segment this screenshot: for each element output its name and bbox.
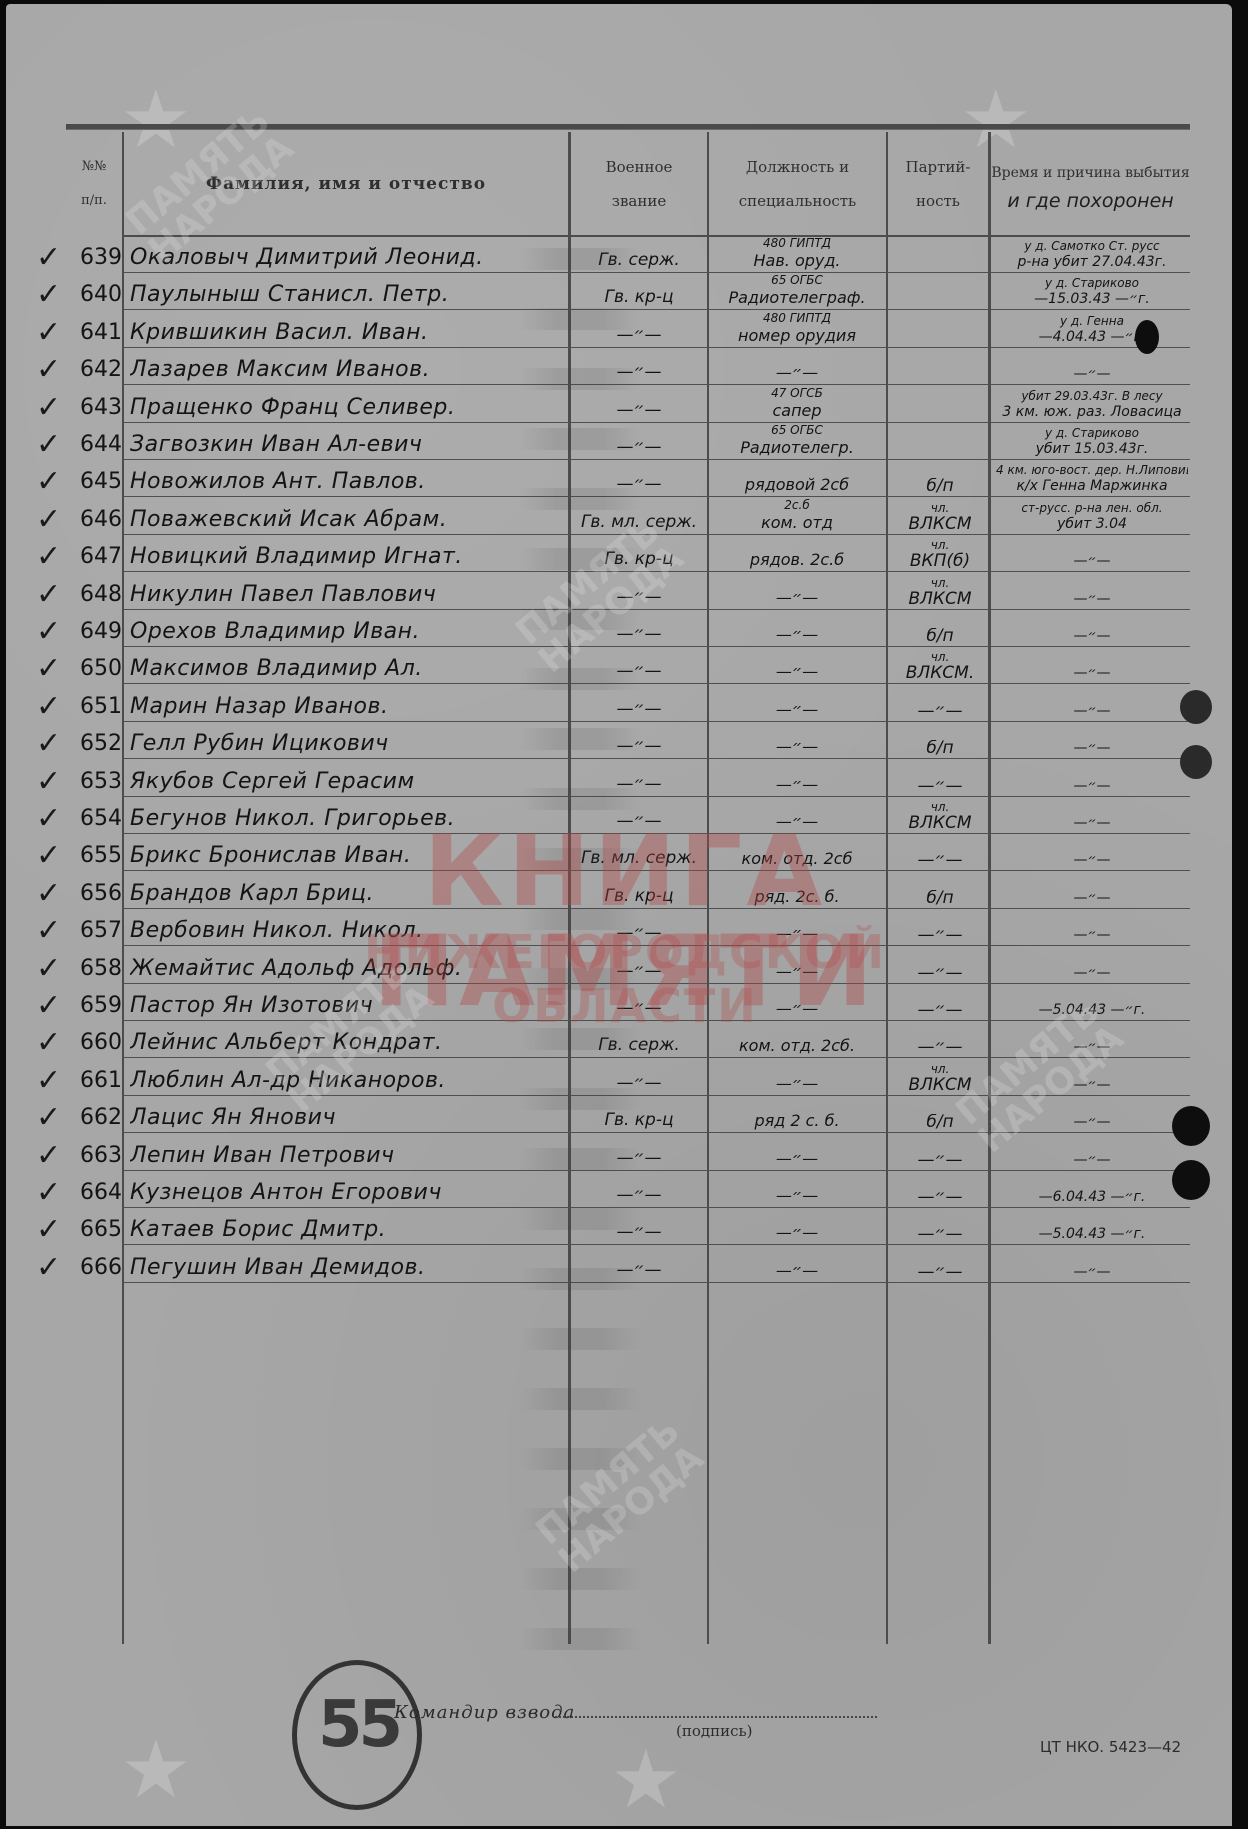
position-value: ком. отд. 2сб.	[739, 1037, 855, 1055]
page-number: 55	[318, 1688, 399, 1762]
party-membership: —״—	[892, 1039, 988, 1055]
table-row: ✓664Кузнецов Антон Егорович—״——״——״——״— …	[66, 1171, 1190, 1208]
check-mark-icon: ✓	[36, 390, 62, 425]
position: 2с.бком. отд	[712, 496, 882, 532]
table-row: ✓641Крившикин Васил. Иван.—״—480 ГИПТДно…	[66, 311, 1190, 348]
row-number: 666	[66, 1255, 122, 1280]
table-row: ✓643Пращенко Франц Селивер.—״—47 ОГСБсап…	[66, 386, 1190, 423]
position-value: —״—	[776, 364, 818, 382]
party-membership-value: —״—	[918, 778, 963, 794]
soldier-name: Поважевский Исак Абрам.	[130, 507, 566, 532]
party-membership-value: ВЛКСМ	[908, 1075, 971, 1093]
fate-record: —״—	[996, 1039, 1188, 1055]
party-membership-value: —״—	[918, 1152, 963, 1168]
position: —״—	[712, 1075, 882, 1093]
row-number: 640	[66, 282, 122, 307]
punch-hole	[1180, 690, 1212, 724]
party-membership: —״—	[892, 1226, 988, 1242]
signature-line	[555, 1716, 877, 1718]
row-number: 643	[66, 395, 122, 420]
soldier-name: Брандов Карл Бриц.	[130, 881, 566, 906]
check-mark-icon: ✓	[36, 352, 62, 387]
row-number: 641	[66, 320, 122, 345]
fate-record-value: —״— 5.04.43г.	[1039, 1226, 1146, 1242]
position: рядов. 2с.б	[712, 551, 882, 569]
party-membership-value: —״—	[918, 1226, 963, 1242]
soldier-name: Паулыныш Станисл. Петр.	[130, 282, 566, 307]
party-membership-value: —״—	[918, 1039, 963, 1055]
table-row: ✓665Катаев Борис Дмитр.—״——״——״——״— 5.04…	[66, 1208, 1190, 1245]
soldier-name: Марин Назар Иванов.	[130, 694, 566, 719]
military-rank: Гв. кр-ц	[574, 1110, 704, 1130]
fate-record: —״—	[996, 815, 1188, 831]
fate-record: —״—	[996, 965, 1188, 981]
party-membership: чл.ВЛКСМ	[892, 799, 988, 831]
check-mark-icon: ✓	[36, 913, 62, 948]
fate-record-value: —״—	[1073, 553, 1110, 569]
position-value: —״—	[776, 925, 818, 943]
fate-record: ст-русс. р-на лен. обл.убит 3.04	[996, 500, 1188, 532]
table-row: ✓660Лейнис Альберт Кондрат.Гв. серж.ком.…	[66, 1021, 1190, 1058]
check-mark-icon: ✓	[36, 1212, 62, 1247]
check-mark-icon: ✓	[36, 502, 62, 537]
military-rank: —״—	[574, 1148, 704, 1168]
signature-label: Командир взвода	[394, 1702, 575, 1723]
party-membership: чл.ВКП(б)	[892, 537, 988, 569]
military-rank: —״—	[574, 325, 704, 345]
military-rank: —״—	[574, 624, 704, 644]
position-value: —״—	[776, 663, 818, 681]
party-membership: чл.ВЛКСМ	[892, 575, 988, 607]
check-mark-icon: ✓	[36, 1175, 62, 1210]
soldier-name: Пастор Ян Изотович	[130, 993, 566, 1018]
fate-record: у д. Стариково—״— 15.03.43г.	[996, 275, 1188, 307]
fate-record-value: —״—	[1073, 815, 1110, 831]
fate-record-value: —״—	[1073, 591, 1110, 607]
party-membership: чл.ВЛКСМ	[892, 500, 988, 532]
position: ком. отд. 2сб	[712, 850, 882, 868]
position-value: рядовой 2сб	[745, 476, 849, 494]
position: ряд 2 с. б.	[712, 1112, 882, 1130]
position: ком. отд. 2сб.	[712, 1037, 882, 1055]
fate-record-note: убит 29.03.43г. В лесу	[996, 388, 1188, 404]
position-value: —״—	[776, 738, 818, 756]
soldier-name: Пегушин Иван Демидов.	[130, 1255, 566, 1280]
fate-record: у д. Генна—״— 4.04.43г.	[996, 313, 1188, 345]
check-mark-icon: ✓	[36, 539, 62, 574]
position: —״—	[712, 1224, 882, 1242]
military-rank: —״—	[574, 362, 704, 382]
military-rank: —״—	[574, 961, 704, 981]
soldier-name: Люблин Ал-др Никаноров.	[130, 1068, 566, 1093]
table-row: ✓639Окаловыч Димитрий Леонид.Гв. серж.48…	[66, 236, 1190, 273]
position-value: —״—	[776, 776, 818, 794]
position-note: 65 ОГБС	[712, 421, 882, 439]
position-note: 480 ГИПТД	[712, 234, 882, 252]
row-number: 650	[66, 656, 122, 681]
punch-hole	[1135, 320, 1159, 354]
fate-record-value: —״— 4.04.43г.	[1039, 329, 1146, 345]
soldier-name: Катаев Борис Дмитр.	[130, 1217, 566, 1242]
position: —״—	[712, 1150, 882, 1168]
fate-record-value: —״—	[1073, 1077, 1110, 1093]
military-rank: —״—	[574, 923, 704, 943]
military-rank: —״—	[574, 437, 704, 457]
header-fate: Время и причина выбытия и где похоронен	[991, 132, 1190, 236]
military-rank: —״—	[574, 661, 704, 681]
header-fate-printed: Время и причина выбытия	[991, 156, 1189, 190]
table-row: ✓650Максимов Владимир Ал.—״——״—чл.ВЛКСМ.…	[66, 647, 1190, 684]
fate-record: убит 29.03.43г. В лесу3 км. юж. раз. Лов…	[996, 388, 1188, 420]
table-row: ✓652Гелл Рубин Ицикович—״——״—б/п—״—	[66, 722, 1190, 759]
row-number: 644	[66, 432, 122, 457]
party-membership: —״—	[892, 927, 988, 943]
military-rank: Гв. кр-ц	[574, 549, 704, 569]
header-name-label: Фамилия, имя и отчество	[206, 167, 486, 201]
fate-record-value: р-на убит 27.04.43г.	[1018, 254, 1167, 270]
position: —״—	[712, 925, 882, 943]
position: —״—	[712, 776, 882, 794]
fate-record-value: убит 3.04	[1057, 516, 1127, 532]
row-number: 654	[66, 806, 122, 831]
check-mark-icon: ✓	[36, 577, 62, 612]
fate-record: —״—	[996, 890, 1188, 906]
fate-record-value: убит 15.03.43г.	[1036, 441, 1149, 457]
table-row: ✓657Вербовин Никол. Никол.—״——״——״——״—	[66, 909, 1190, 946]
fate-record-value: —״—	[1073, 1114, 1110, 1130]
fate-record-value: —״—	[1073, 890, 1110, 906]
fate-record-value: —״—	[1073, 703, 1110, 719]
punch-hole	[1172, 1160, 1210, 1200]
position-value: рядов. 2с.б	[750, 551, 844, 569]
fate-record-value: —״— 5.04.43г.	[1039, 1002, 1146, 1018]
check-mark-icon: ✓	[36, 240, 62, 275]
fate-record: —״—	[996, 553, 1188, 569]
party-membership-value: б/п	[926, 628, 953, 644]
party-membership-value: ВЛКСМ.	[906, 663, 974, 681]
party-membership-value: —״—	[918, 1189, 963, 1205]
fate-record-value: —״—	[1073, 1152, 1110, 1168]
position: 480 ГИПТДномер орудия	[712, 309, 882, 345]
party-membership: —״—	[892, 1002, 988, 1018]
fate-record-value: к/х Генна Маржинка	[1016, 478, 1167, 494]
table-row: ✓656Брандов Карл Бриц.Гв. кр-цряд. 2с. б…	[66, 872, 1190, 909]
header-num-line1: №№	[82, 150, 107, 184]
party-membership-value: —״—	[918, 965, 963, 981]
row-number: 663	[66, 1143, 122, 1168]
party-membership-value: ВЛКСМ	[908, 813, 971, 831]
fate-record-note: у д. Генна	[996, 313, 1188, 329]
row-number: 655	[66, 843, 122, 868]
party-membership-value: —״—	[918, 852, 963, 868]
check-mark-icon: ✓	[36, 726, 62, 761]
military-rank: —״—	[574, 699, 704, 719]
position: рядовой 2сб	[712, 476, 882, 494]
party-membership: —״—	[892, 852, 988, 868]
military-rank: Гв. серж.	[574, 1035, 704, 1055]
position-value: —״—	[776, 589, 818, 607]
position-note: 47 ОГСБ	[712, 384, 882, 402]
position: —״—	[712, 663, 882, 681]
soldier-name: Окаловыч Димитрий Леонид.	[130, 245, 566, 270]
soldier-name: Вербовин Никол. Никол.	[130, 918, 566, 943]
position: —״—	[712, 589, 882, 607]
fate-record-note: 4 км. юго-вост. дер. Н.Липовицы и 5 км с…	[996, 462, 1188, 478]
check-mark-icon: ✓	[36, 1063, 62, 1098]
row-number: 657	[66, 918, 122, 943]
table-row: ✓658Жемайтис Адольф Адольф.—״——״——״——״—	[66, 947, 1190, 984]
row-number: 647	[66, 544, 122, 569]
header-party-line1: Партий-	[906, 150, 971, 184]
military-rank: —״—	[574, 474, 704, 494]
party-membership: —״—	[892, 1152, 988, 1168]
position-value: —״—	[776, 1150, 818, 1168]
soldier-name: Никулин Павел Павлович	[130, 582, 566, 607]
fate-record: у д. Стариковоубит 15.03.43г.	[996, 425, 1188, 457]
row-number: 639	[66, 245, 122, 270]
check-mark-icon: ✓	[36, 464, 62, 499]
check-mark-icon: ✓	[36, 876, 62, 911]
party-membership: б/п	[892, 740, 988, 756]
fate-record-value: —״—	[1073, 965, 1110, 981]
soldier-name: Гелл Рубин Ицикович	[130, 731, 566, 756]
fate-record-note: у д. Стариково	[996, 425, 1188, 441]
party-membership: —״—	[892, 778, 988, 794]
header-num-line2: п/п.	[81, 184, 107, 218]
row-number: 652	[66, 731, 122, 756]
punch-hole	[1180, 745, 1212, 779]
header-rank: Военное звание	[571, 132, 707, 236]
check-mark-icon: ✓	[36, 801, 62, 836]
register-table: №№ п/п. Фамилия, имя и отчество Военное …	[66, 132, 1190, 1644]
party-membership-value: ВКП(б)	[910, 551, 970, 569]
fate-record: —״—	[996, 1152, 1188, 1168]
soldier-name: Загвозкин Иван Ал-евич	[130, 432, 566, 457]
military-rank: —״—	[574, 998, 704, 1018]
party-membership-value: —״—	[918, 1264, 963, 1280]
party-membership-value: б/п	[926, 890, 953, 906]
fate-record-note: у д. Самотко Ст. русс	[996, 238, 1188, 254]
table-row: ✓663Лепин Иван Петрович—״——״——״——״—	[66, 1134, 1190, 1171]
fate-record-note: у д. Стариково	[996, 275, 1188, 291]
table-row: ✓662Лацис Ян ЯновичГв. кр-цряд 2 с. б.б/…	[66, 1096, 1190, 1133]
row-number: 651	[66, 694, 122, 719]
form-code: ЦТ НКО. 5423—42	[1040, 1738, 1181, 1756]
position-value: —״—	[776, 1000, 818, 1018]
military-rank: Гв. кр-ц	[574, 287, 704, 307]
fate-record-value: —״— 6.04.43г.	[1039, 1189, 1146, 1205]
party-membership-value: —״—	[918, 927, 963, 943]
header-position: Должность и специальность	[709, 132, 886, 236]
soldier-name: Кузнецов Антон Егорович	[130, 1180, 566, 1205]
fate-record-value: —״—	[1073, 665, 1110, 681]
party-membership: б/п	[892, 628, 988, 644]
table-row: ✓646Поважевский Исак Абрам.Гв. мл. серж.…	[66, 498, 1190, 535]
check-mark-icon: ✓	[36, 1138, 62, 1173]
fate-record: —״—	[996, 591, 1188, 607]
row-number: 664	[66, 1180, 122, 1205]
row-number: 642	[66, 357, 122, 382]
check-mark-icon: ✓	[36, 988, 62, 1023]
table-row: ✓649Орехов Владимир Иван.—״——״—б/п—״—	[66, 610, 1190, 647]
signature-caption: (подпись)	[676, 1722, 753, 1740]
position-value: ком. отд. 2сб	[742, 850, 853, 868]
fate-record: —״—	[996, 740, 1188, 756]
position-value: Нав. оруд.	[754, 251, 841, 270]
fate-record: у д. Самотко Ст. русср-на убит 27.04.43г…	[996, 238, 1188, 270]
fate-record-value: —״—	[1073, 628, 1110, 644]
fate-record: 4 км. юго-вост. дер. Н.Липовицы и 5 км с…	[996, 462, 1188, 494]
position: —״—	[712, 813, 882, 831]
military-rank: Гв. мл. серж.	[574, 512, 704, 532]
military-rank: Гв. кр-ц	[574, 886, 704, 906]
fate-record: —״—	[996, 366, 1188, 382]
header-party-line2: ность	[916, 184, 960, 218]
check-mark-icon: ✓	[36, 689, 62, 724]
check-mark-icon: ✓	[36, 277, 62, 312]
position: 65 ОГБСРадиотелеграф.	[712, 271, 882, 307]
party-membership-value: —״—	[918, 1002, 963, 1018]
fate-record: —״—	[996, 852, 1188, 868]
row-number: 653	[66, 769, 122, 794]
military-rank: —״—	[574, 1185, 704, 1205]
military-rank: —״—	[574, 587, 704, 607]
row-number: 646	[66, 507, 122, 532]
fate-record: —״—	[996, 1077, 1188, 1093]
position-value: Радиотелегр.	[740, 438, 854, 457]
check-mark-icon: ✓	[36, 1100, 62, 1135]
party-membership-value: б/п	[926, 478, 953, 494]
position: —״—	[712, 701, 882, 719]
position: —״—	[712, 1262, 882, 1280]
table-row: ✓654Бегунов Никол. Григорьев.—״——״—чл.ВЛ…	[66, 797, 1190, 834]
header-rank-line1: Военное	[606, 150, 673, 184]
row-number: 649	[66, 619, 122, 644]
soldier-name: Новицкий Владимир Игнат.	[130, 544, 566, 569]
position-value: —״—	[776, 963, 818, 981]
position: —״—	[712, 364, 882, 382]
fate-record: —״—	[996, 665, 1188, 681]
header-name: Фамилия, имя и отчество	[124, 132, 568, 236]
fate-record-value: —״—	[1073, 852, 1110, 868]
position-note: 480 ГИПТД	[712, 309, 882, 327]
position-value: ряд 2 с. б.	[754, 1112, 839, 1130]
military-rank: —״—	[574, 811, 704, 831]
fate-record: —״—	[996, 703, 1188, 719]
position: —״—	[712, 963, 882, 981]
fate-record-value: —״—	[1073, 778, 1110, 794]
position: 65 ОГБСРадиотелегр.	[712, 421, 882, 457]
table-row: ✓651Марин Назар Иванов.—״——״——״——״—	[66, 685, 1190, 722]
check-mark-icon: ✓	[36, 315, 62, 350]
position-value: ком. отд	[761, 513, 833, 532]
row-number: 658	[66, 956, 122, 981]
party-membership: чл.ВЛКСМ	[892, 1061, 988, 1093]
fate-record: —״— 5.04.43г.	[996, 1226, 1188, 1242]
row-number: 656	[66, 881, 122, 906]
position: ряд. 2с. б.	[712, 888, 882, 906]
soldier-name: Пращенко Франц Селивер.	[130, 395, 566, 420]
position: —״—	[712, 738, 882, 756]
party-membership: б/п	[892, 890, 988, 906]
military-rank: Гв. мл. серж.	[574, 848, 704, 868]
position-note: 2с.б	[712, 496, 882, 514]
military-rank: —״—	[574, 1260, 704, 1280]
position: —״—	[712, 1000, 882, 1018]
position-value: —״—	[776, 1187, 818, 1205]
table-row: ✓644Загвозкин Иван Ал-евич—״—65 ОГБСРади…	[66, 423, 1190, 460]
soldier-name: Жемайтис Адольф Адольф.	[130, 956, 566, 981]
check-mark-icon: ✓	[36, 1025, 62, 1060]
party-membership-value: —״—	[918, 703, 963, 719]
header-rank-line2: звание	[612, 184, 666, 218]
position-value: —״—	[776, 1224, 818, 1242]
position-value: номер орудия	[738, 326, 856, 345]
soldier-name: Лейнис Альберт Кондрат.	[130, 1030, 566, 1055]
fate-record: —״—	[996, 628, 1188, 644]
row-number: 662	[66, 1105, 122, 1130]
punch-hole	[1172, 1106, 1210, 1146]
table-row: ✓645Новожилов Ант. Павлов.—״—рядовой 2сб…	[66, 460, 1190, 497]
table-row: ✓647Новицкий Владимир Игнат.Гв. кр-црядо…	[66, 535, 1190, 572]
position: —״—	[712, 1187, 882, 1205]
party-membership: б/п	[892, 1114, 988, 1130]
party-membership: чл.ВЛКСМ.	[892, 649, 988, 681]
fate-record: —״—	[996, 927, 1188, 943]
military-rank: —״—	[574, 774, 704, 794]
fate-record-value: —״—	[1073, 740, 1110, 756]
position: —״—	[712, 626, 882, 644]
soldier-name: Бегунов Никол. Григорьев.	[130, 806, 566, 831]
soldier-name: Крившикин Васил. Иван.	[130, 320, 566, 345]
header-num: №№ п/п.	[66, 132, 122, 236]
military-rank: —״—	[574, 1222, 704, 1242]
table-row: ✓648Никулин Павел Павлович—״——״—чл.ВЛКСМ…	[66, 573, 1190, 610]
top-rule	[66, 124, 1190, 130]
row-number: 660	[66, 1030, 122, 1055]
party-membership: б/п	[892, 478, 988, 494]
soldier-name: Якубов Сергей Герасим	[130, 769, 566, 794]
fate-record-value: —״—	[1073, 1039, 1110, 1055]
fate-record-value: —״—	[1073, 1264, 1110, 1280]
position-value: Радиотелеграф.	[728, 288, 865, 307]
fate-record-note: ст-русс. р-на лен. обл.	[996, 500, 1188, 516]
check-mark-icon: ✓	[36, 1250, 62, 1285]
check-mark-icon: ✓	[36, 427, 62, 462]
fate-record-value: —״— 15.03.43г.	[1034, 291, 1150, 307]
table-row: ✓642Лазарев Максим Иванов.—״——״——״—	[66, 348, 1190, 385]
header-fate-handwritten: и где похоронен	[1007, 190, 1173, 212]
military-rank: Гв. серж.	[574, 250, 704, 270]
party-membership-value: б/п	[926, 740, 953, 756]
header-party: Партий- ность	[888, 132, 988, 236]
position-note: 65 ОГБС	[712, 271, 882, 289]
soldier-name: Орехов Владимир Иван.	[130, 619, 566, 644]
fate-record-value: 3 км. юж. раз. Ловасица	[1002, 404, 1181, 420]
header-position-line2: специальность	[739, 184, 856, 218]
fate-record-value: —״—	[1073, 927, 1110, 943]
fate-record: —״— 6.04.43г.	[996, 1189, 1188, 1205]
fate-record: —״—	[996, 778, 1188, 794]
header-position-line1: Должность и	[746, 150, 849, 184]
check-mark-icon: ✓	[36, 764, 62, 799]
table-row: ✓661Люблин Ал-др Никаноров.—״——״—чл.ВЛКС…	[66, 1059, 1190, 1096]
check-mark-icon: ✓	[36, 951, 62, 986]
position-value: сапер	[772, 401, 821, 420]
check-mark-icon: ✓	[36, 838, 62, 873]
soldier-name: Лацис Ян Янович	[130, 1105, 566, 1130]
position: 480 ГИПТДНав. оруд.	[712, 234, 882, 270]
